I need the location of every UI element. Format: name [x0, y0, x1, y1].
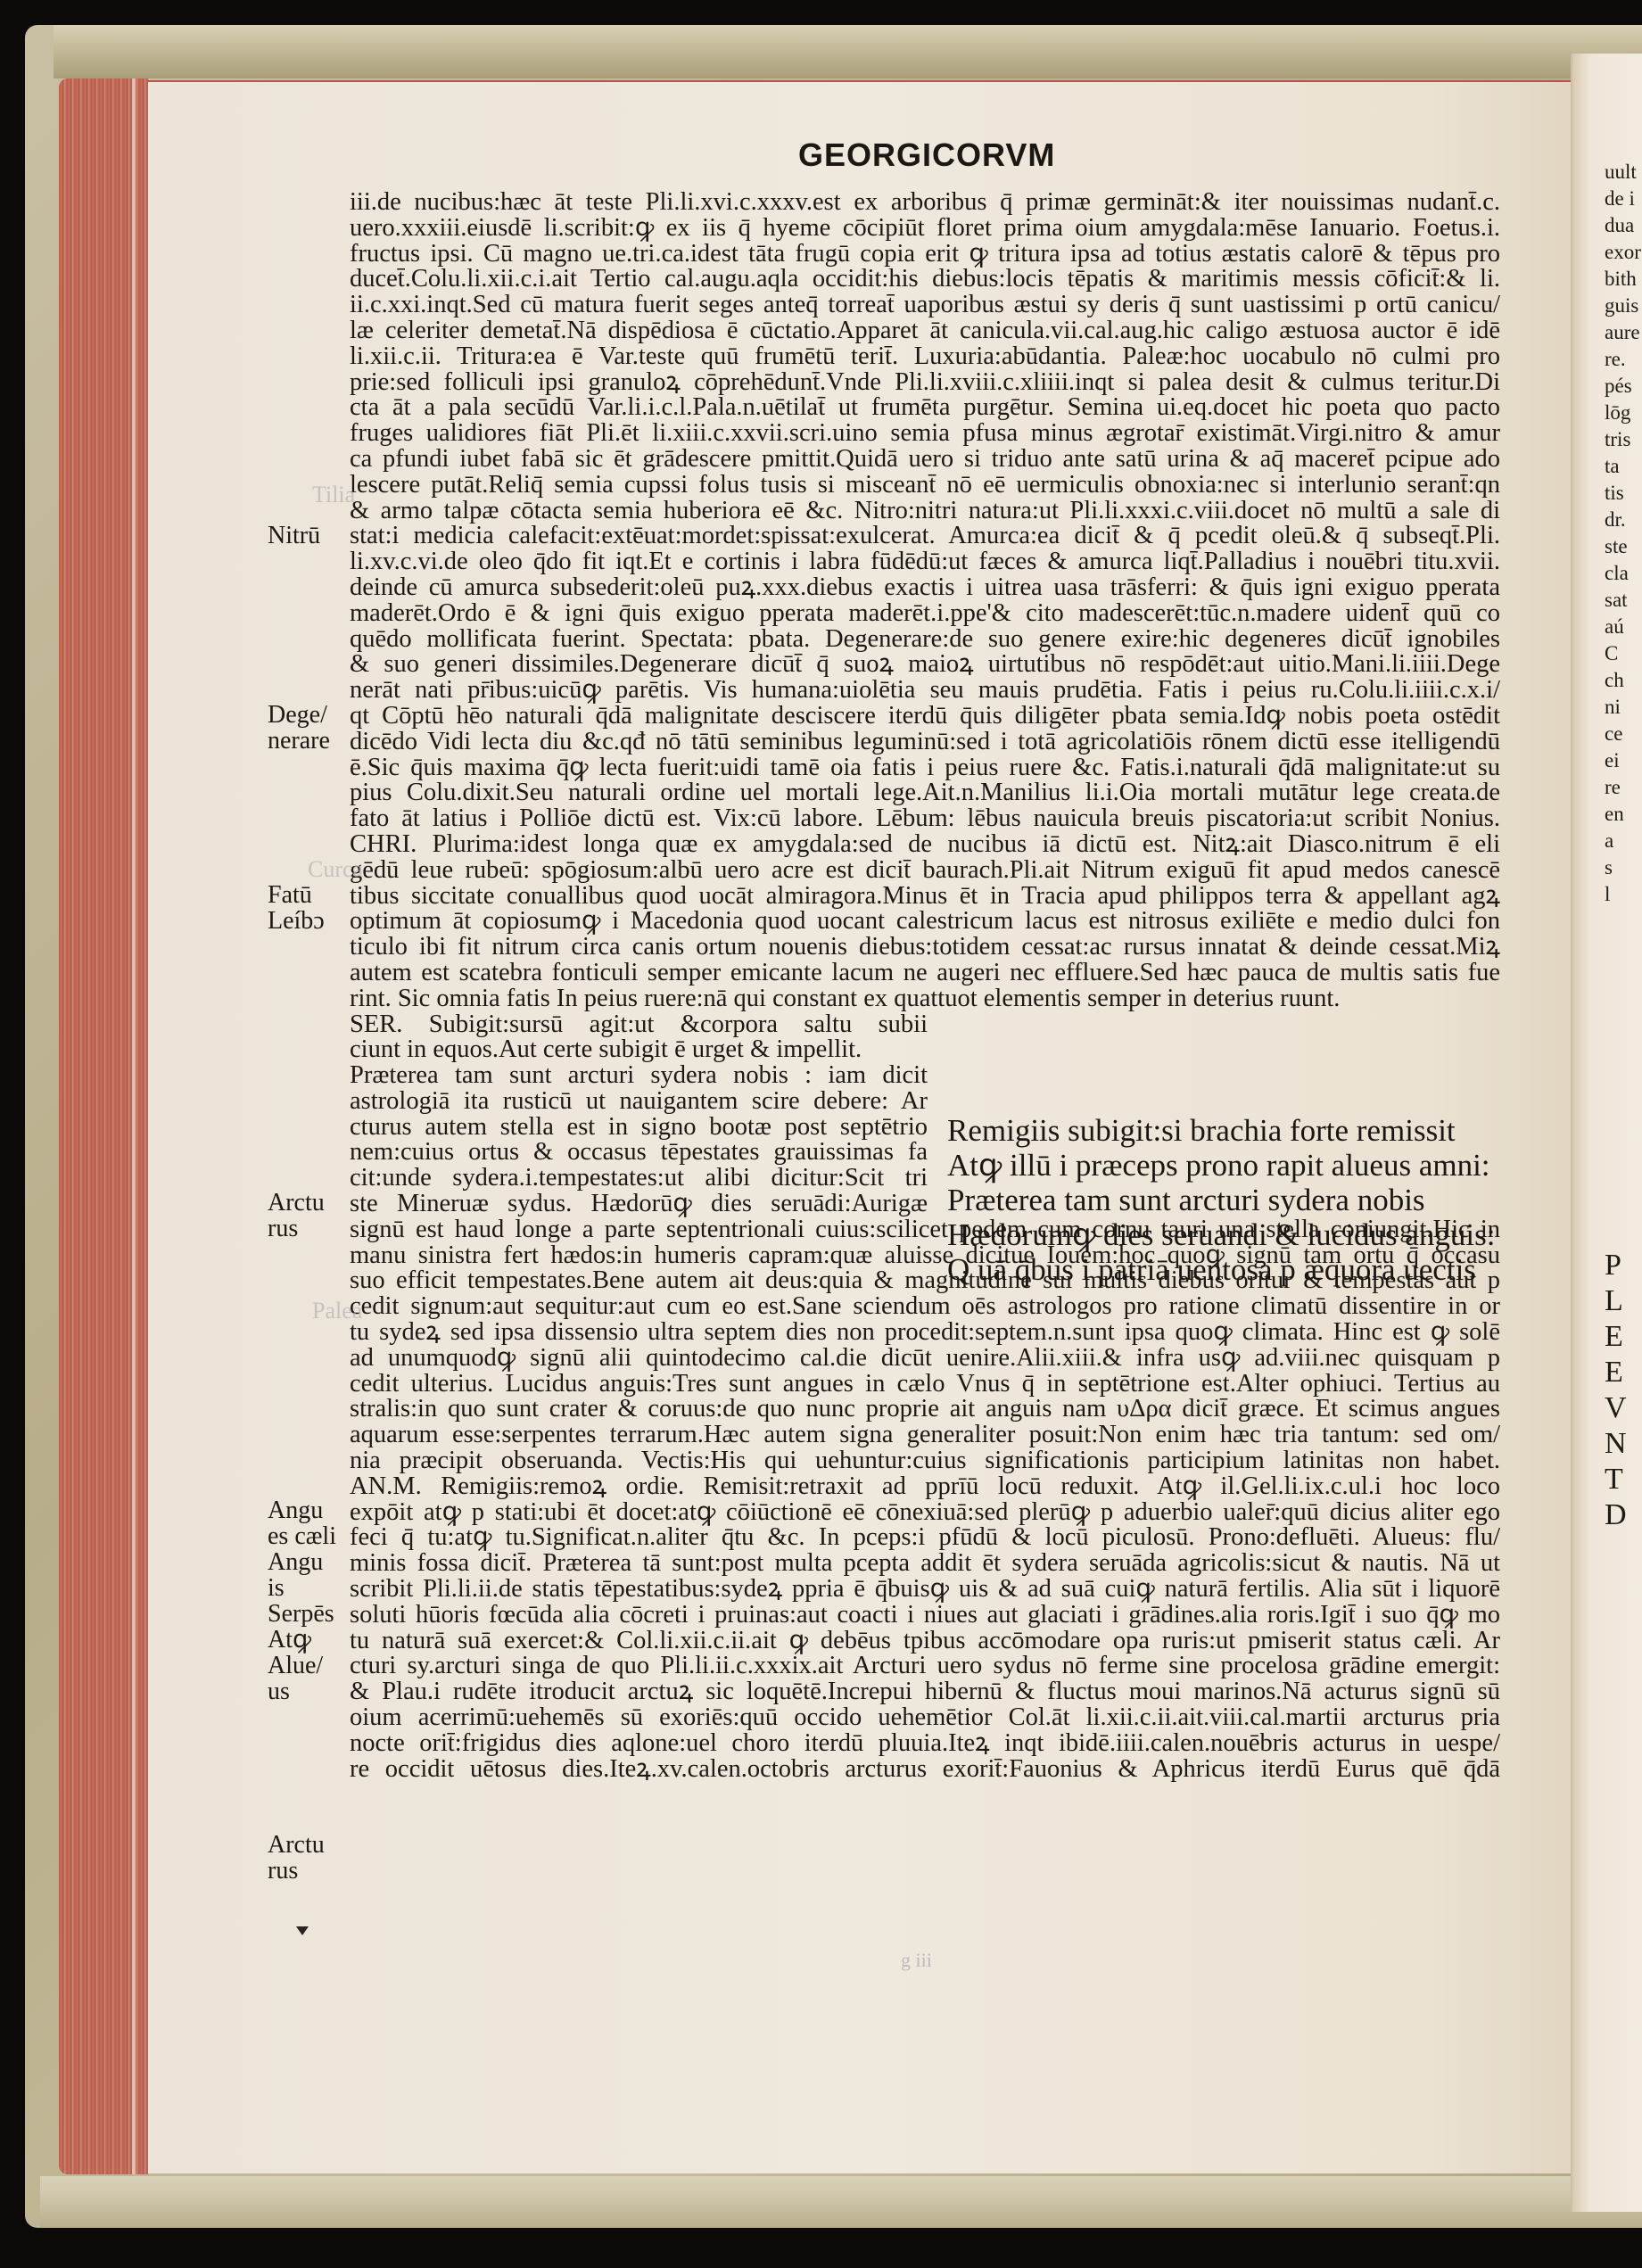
text-line: ii.c.xxi.inqt.Sed cū matura fuerit seges… [350, 293, 1500, 318]
text-line: cit:unde sydera.i.tempestates:ut alibi d… [350, 1166, 928, 1192]
facing-page-fragment: uult [1605, 161, 1637, 184]
facing-page-verse-initial: E [1605, 1320, 1623, 1354]
facing-page-fragment: ste [1605, 535, 1628, 558]
facing-page-fragment: tis [1605, 482, 1624, 505]
text-line: prie:sed folliculi ipsi granuloꝝ cōprehē… [350, 370, 1500, 396]
facing-page-fragment: s [1605, 856, 1613, 879]
margin-note: Angu [268, 1550, 323, 1576]
facing-page-fragment: aure [1605, 321, 1640, 344]
text-line: lescere putāt.Reliq̄ semia cupssi folus … [350, 473, 1500, 499]
facing-page-fragment: re [1605, 776, 1621, 799]
verse-line: Remigiis subigit:si brachia forte remiss… [947, 1113, 1518, 1148]
text-line: autem est scatebra fonticuli semper emic… [350, 961, 1500, 986]
facing-page-fragment: ce [1605, 722, 1622, 746]
text-line: nerāt nati pr̄ibus:uicūꝙ parētis. Vis hu… [350, 678, 1500, 704]
text-line: qt Cōptū hēo naturali q̄dā malignitate d… [350, 704, 1500, 730]
facing-page-fragment: dr. [1605, 508, 1626, 532]
running-head: GEORGICORVM [798, 136, 1055, 174]
facing-page-verse-initial: T [1605, 1463, 1623, 1497]
facing-page-verse-initial: V [1605, 1391, 1627, 1425]
facing-page-fragment: en [1605, 803, 1624, 826]
show-through-note: Tilia [312, 482, 355, 508]
text-line: Præterea tam sunt arcturi sydera nobis :… [350, 1063, 928, 1089]
facing-page-fragment: re. [1605, 348, 1626, 371]
show-through-note: Curca [308, 856, 363, 883]
binding-top-edge [54, 25, 1642, 78]
text-line: ē.Sic q̄uis maxima q̄ꝙ lecta fuerit:uidi… [350, 755, 1500, 781]
facing-page-verse-initial: E [1605, 1356, 1623, 1390]
margin-note: Atꝙ [268, 1628, 311, 1654]
facing-page-fragment: bith [1605, 268, 1637, 291]
text-line: oium acerrimū:uehemēs sū exoriēs:quū occ… [350, 1705, 1500, 1731]
text-line: tibus siccitate conuallibus quod uocāt a… [350, 884, 1500, 910]
text-line: re occidit uētosus dies.Iteꝝ.xv.calen.oc… [350, 1757, 1500, 1783]
text-line: dicēdo Vidi lecta diu &c.qđ nō tātū semi… [350, 730, 1500, 755]
text-line: maderēt.Ordo ē & igni q̄uis exiguo ppera… [350, 601, 1500, 627]
facing-page-verse-initial: P [1605, 1249, 1621, 1282]
facing-page-verse-initial: N [1605, 1427, 1627, 1461]
facing-page-fragment: lōg [1605, 401, 1630, 425]
text-line: stat:i medicia calefacit:extēuat:mordet:… [350, 524, 1500, 549]
margin-note: rus [268, 1859, 298, 1885]
margin-note: rus [268, 1216, 298, 1242]
text-line: ticulo ibi fit nitrum circa canis ortum … [350, 935, 1500, 961]
text-line: cedit signum:aut sequitur:aut cum eo est… [350, 1294, 1500, 1320]
facing-page-fragment: a [1605, 829, 1613, 853]
facing-page-fragment: guis [1605, 294, 1638, 318]
binding-bottom-edge [40, 2176, 1642, 2228]
commentary-text: iii.de nucibus:hæc āt teste Pli.li.xvi.c… [350, 190, 1500, 1782]
verse-block: Remigiis subigit:si brachia forte remiss… [947, 1113, 1518, 1287]
text-line: cturi sy.arcturi singa de quo Pli.li.ii.… [350, 1654, 1500, 1679]
verse-line: Hædorumꝙ dies seruandi & lucidus anguis: [947, 1217, 1518, 1252]
text-line: fato āt latius i Polliōe dictū est. Vix:… [350, 806, 1500, 832]
text-line: ducet̄.Colu.li.xii.c.i.ait Tertio cal.au… [350, 267, 1500, 293]
facing-page-fragment: de i [1605, 187, 1635, 210]
text-line: li.xv.c.vi.de oleo q̄do fit iqt.Et e cor… [350, 549, 1500, 575]
margin-note: Serpēs [268, 1602, 334, 1628]
show-through-signature: g iii [901, 1949, 932, 1972]
text-line: cta āt a pala secūdū Var.li.i.c.l.Pala.n… [350, 395, 1500, 421]
margin-note: Leíbɔ [268, 909, 325, 935]
text-line: tu sydeꝝ sed ipsa dissensio ultra septem… [350, 1320, 1500, 1346]
text-line: ad unumquodꝙ signū alii quintodecimo cal… [350, 1346, 1500, 1372]
facing-page-verse-initial: D [1605, 1498, 1627, 1532]
margin-note: us [268, 1679, 290, 1705]
verse-line: Q uā q̄bus i patriā uentosa p æquora uec… [947, 1252, 1518, 1287]
text-line: astrologiā ita rusticū ut nauigantem sci… [350, 1089, 928, 1115]
text-line: nem:cuius ortus & occasus tēpestates gra… [350, 1140, 928, 1166]
text-line: AN.M. Remigiis:remoꝝ ordie. Remisit:retr… [350, 1474, 1500, 1500]
facing-page-fragment: pés [1605, 375, 1632, 398]
verse-line: Præterea tam sunt arcturi sydera nobis [947, 1183, 1518, 1217]
margin-note: Angu [268, 1498, 323, 1524]
text-line: uero.xxxiii.eiusdē li.scribit:ꝙ ex iis q… [350, 216, 1500, 242]
text-line: gēdū leue rubeū: spōgiosum:albū uero acr… [350, 858, 1500, 884]
text-line: soluti hūoris fœcūda alia cōcreti i prui… [350, 1603, 1500, 1629]
text-line: SER. Subigit:sursū agit:ut &corpora salt… [350, 1012, 928, 1038]
facing-page-verse-initial: L [1605, 1284, 1623, 1318]
text-line: ca pfundi iubet fabā sic ēt grādescere p… [350, 447, 1500, 473]
pointer-mark-icon [296, 1926, 309, 1935]
text-line: CHRI. Plurima:idest longa quæ ex amygdal… [350, 832, 1500, 858]
margin-note: Alue/ [268, 1654, 323, 1679]
page-edge-highlight [132, 78, 136, 2174]
text-line: rint. Sic omnia fatis In peius ruere:nā … [350, 986, 1500, 1012]
facing-page-fragment: tris [1605, 428, 1630, 451]
text-line: ste Mineruæ sydus. Hædorūꝙ dies seruādi:… [350, 1192, 928, 1217]
text-line: feci q̄ tu:atꝙ tu.Significat.n.aliter q̄… [350, 1525, 1500, 1551]
text-line: minis fossa dicit̄. Præterea tā sunt:pos… [350, 1551, 1500, 1577]
text-line: nocte orit̄:frigidus dies aqlone:uel cho… [350, 1731, 1500, 1757]
text-line: optimum āt copiosumꝙ i Macedonia quod uo… [350, 909, 1500, 935]
text-line: & Plau.i rudēte itroducit arctuꝝ sic loq… [350, 1679, 1500, 1705]
facing-page-fragment: l [1605, 883, 1610, 906]
facing-page-fragment: ta [1605, 455, 1620, 478]
facing-page-fragment: sat [1605, 589, 1628, 612]
facing-page-fragment: C [1605, 642, 1618, 665]
text-line: expōit atꝙ p stati:ubi ēt docet:atꝙ cōiū… [350, 1500, 1500, 1526]
text-line: pius Colu.dixit.Seu naturali ordine uel … [350, 780, 1500, 806]
text-line: scribit Pli.li.ii.de statis tēpestatibus… [350, 1577, 1500, 1603]
text-line: quēdo mollificata fuerint. Spectata: pba… [350, 627, 1500, 653]
facing-page-fragment: dua [1605, 214, 1634, 237]
facing-page-fragment: ni [1605, 696, 1621, 719]
facing-page-fragment: aú [1605, 615, 1624, 639]
margin-note: Fatū [268, 883, 312, 909]
facing-page-fragment: ch [1605, 669, 1624, 692]
text-line: tu naturā suā exercet:& Col.li.xii.c.ii.… [350, 1629, 1500, 1654]
facing-page-fragment: exor [1605, 241, 1641, 264]
text-line: cedit ulterius. Lucidus anguis:Tres sunt… [350, 1372, 1500, 1398]
text-line: & armo talpæ cōtacta semia huberiora eē … [350, 499, 1500, 524]
text-line: li.xii.c.ii. Tritura:ea ē Var.teste quū … [350, 344, 1500, 370]
margin-note: nerare [268, 729, 330, 755]
text-line: aquarum esse:serpentes terrarum.Hæc aute… [350, 1423, 1500, 1448]
verse-line: Atꝙ illū i præceps prono rapit alueus am… [947, 1148, 1518, 1183]
margin-note: Arctu [268, 1833, 325, 1859]
margin-note: Nitrū [268, 524, 320, 549]
text-line: stralis:in quo sunt crater & coruus:de q… [350, 1397, 1500, 1423]
text-line: & suo generi dissimiles.Degenerare dicūt… [350, 652, 1500, 678]
text-line: nia præcipit obseruanda. Vectis:His qui … [350, 1448, 1500, 1474]
margin-note: is [268, 1576, 285, 1602]
show-through-note: Palea [312, 1298, 362, 1324]
margin-note: Dege/ [268, 703, 327, 729]
text-line: cturus autem stella est in signo bootæ p… [350, 1115, 928, 1141]
margin-note: es cæli [268, 1524, 336, 1550]
text-line: fruges ualidiores fiāt Pli.ēt li.xiii.c.… [350, 421, 1500, 447]
facing-page-fragment: ei [1605, 749, 1620, 772]
text-line: ciunt in equos.Aut certe subigit ē urget… [350, 1037, 928, 1063]
text-line: deinde cū amurca subsederit:oleū puꝝ.xxx… [350, 575, 1500, 601]
margin-note: Arctu [268, 1191, 325, 1216]
text-line: læ celeriter demetat̄.Nā dispēdiosa ē cū… [350, 318, 1500, 344]
text-line: fructus ipsi. Cū magno ue.tri.ca.idest t… [350, 242, 1500, 268]
text-line: iii.de nucibus:hæc āt teste Pli.li.xvi.c… [350, 190, 1500, 216]
facing-page-edge: uultde iduaexorbithguisaurere.péslōgtris… [1571, 54, 1642, 2212]
facing-page-fragment: cla [1605, 562, 1629, 585]
